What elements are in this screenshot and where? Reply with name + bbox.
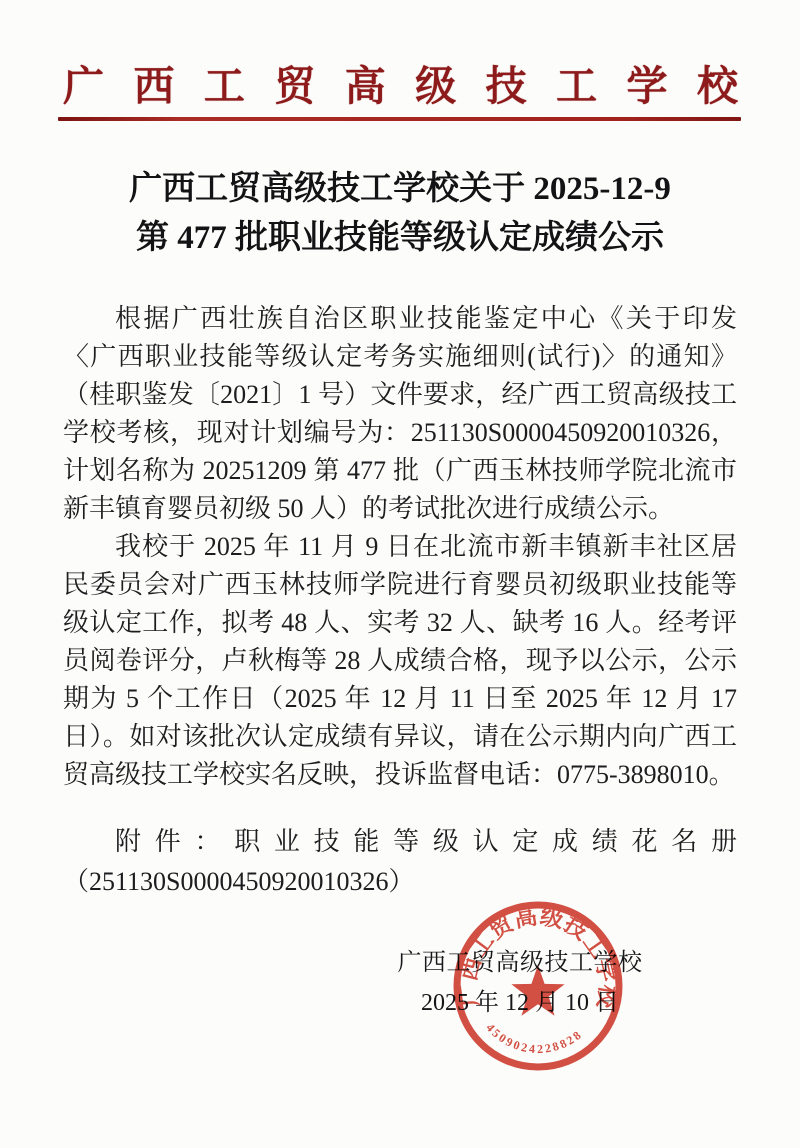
document-title-line-2: 第 477 批职业技能等级认定成绩公示 [0, 214, 800, 263]
body-paragraph-1: 根据广西壮族自治区职业技能鉴定中心《关于印发〈广西职业技能等级认定考务实施细则(… [63, 300, 737, 528]
school-masthead: 广西工贸高级技工学校 [63, 62, 738, 110]
svg-text:4509024228828: 4509024228828 [483, 1021, 585, 1056]
masthead-rule [58, 117, 741, 121]
document-title-line-1: 广西工贸高级技工学校关于 2025-12-9 [0, 165, 800, 214]
seal-serial-number: 4509024228828 [483, 1021, 585, 1056]
attachment-title-line: 附件：职业技能等级认定成绩花名册 [63, 822, 737, 862]
body-paragraph-2: 我校于 2025 年 11 月 9 日在北流市新丰镇新丰社区居民委员会对广西玉林… [63, 528, 737, 794]
attachment-block: 附件：职业技能等级认定成绩花名册 （251130S000045092001032… [63, 822, 737, 902]
document-title: 广西工贸高级技工学校关于 2025-12-9 第 477 批职业技能等级认定成绩… [0, 165, 800, 263]
seal-star-icon [511, 965, 564, 1016]
document-body: 根据广西壮族自治区职业技能鉴定中心《关于印发〈广西职业技能等级认定考务实施细则(… [63, 300, 737, 794]
attachment-plan-number: （251130S0000450920010326） [63, 862, 737, 902]
official-seal: 广西工贸高级技工学校 4509024228828 [452, 898, 624, 1074]
document-page: 广西工贸高级技工学校 广西工贸高级技工学校关于 2025-12-9 第 477 … [0, 0, 800, 1148]
